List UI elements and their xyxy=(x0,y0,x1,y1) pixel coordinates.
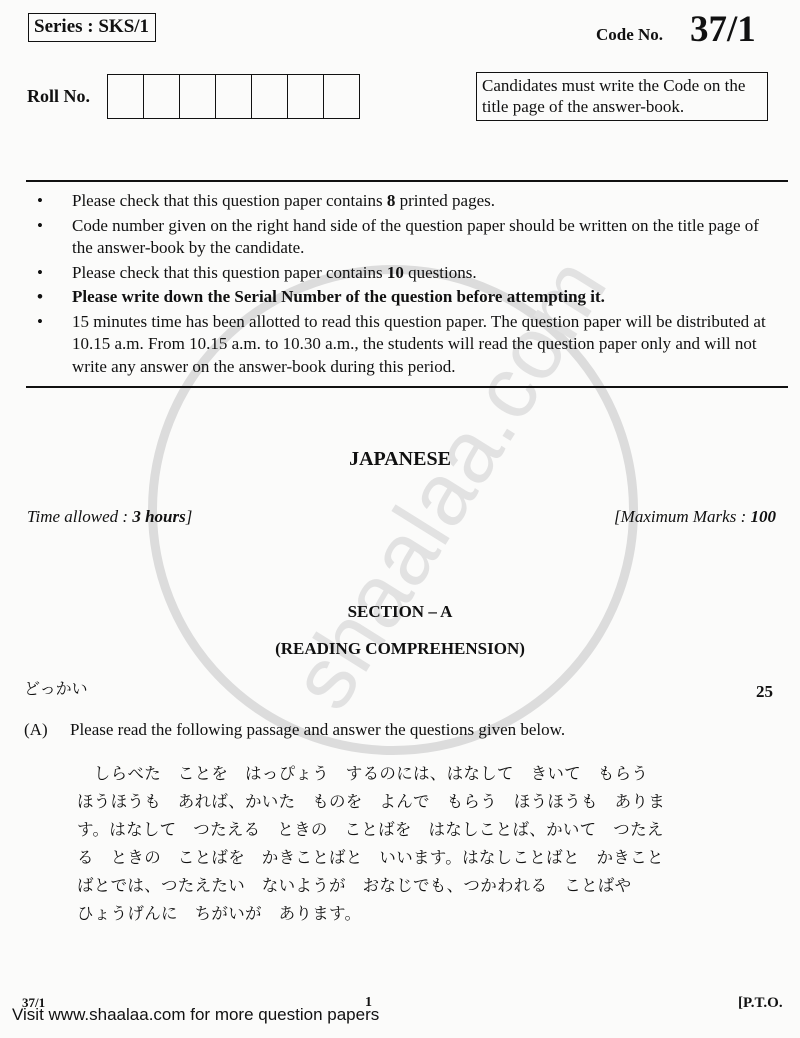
instructions-box: •Please check that this question paper c… xyxy=(26,180,788,388)
pto-label: [P.T.O. xyxy=(738,995,783,1012)
passage-line: ひょうげんに ちがいが あります。 xyxy=(77,900,757,928)
marks-value: 100 xyxy=(751,507,777,526)
passage-line: す。はなして つたえる ときの ことばを はなしことば、かいて つたえ xyxy=(77,816,757,844)
code-value: 37/1 xyxy=(690,8,756,51)
candidate-note: Candidates must write the Code on the ti… xyxy=(476,72,768,121)
bullet-icon: • xyxy=(37,262,43,285)
time-allowed: Time allowed : 3 hours] xyxy=(27,507,192,527)
roll-number-boxes[interactable] xyxy=(107,74,360,119)
question-text: Please read the following passage and an… xyxy=(70,720,565,740)
section-title: SECTION – A xyxy=(0,602,800,622)
passage-line: ばとでは、つたえたい ないようが おなじでも、つかわれる ことばや xyxy=(77,872,757,900)
code-label: Code No. xyxy=(596,25,663,45)
shaalaa-link[interactable]: Visit www.shaalaa.com for more question … xyxy=(12,1005,379,1025)
bullet-icon: • xyxy=(37,190,43,213)
bullet-icon: • xyxy=(37,215,43,238)
time-label: Time allowed : xyxy=(27,507,132,526)
instructions-list: •Please check that this question paper c… xyxy=(34,190,776,378)
instruction-item: •Code number given on the right hand sid… xyxy=(34,215,776,260)
question-label: (A) xyxy=(24,720,48,740)
section-jp-label: どっかい xyxy=(24,676,88,699)
marks-label: Maximum Marks : xyxy=(621,507,751,526)
passage-line: しらべた ことを はっぴょう するのには、はなして きいて もらう xyxy=(77,760,757,788)
series-label: Series : SKS/1 xyxy=(28,13,156,42)
roll-label: Roll No. xyxy=(27,86,90,107)
roll-number-box[interactable] xyxy=(144,75,180,118)
passage-line: ほうほうも あれば、かいた ものを よんで もらう ほうほうも ありま xyxy=(77,788,757,816)
roll-number-box[interactable] xyxy=(288,75,324,118)
time-value: 3 hours xyxy=(132,507,185,526)
time-suffix: ] xyxy=(186,507,193,526)
bullet-icon: • xyxy=(37,311,43,334)
instruction-item: •15 minutes time has been allotted to re… xyxy=(34,311,776,379)
maximum-marks: [Maximum Marks : 100 xyxy=(614,507,776,527)
bullet-icon: • xyxy=(37,286,43,309)
roll-number-box[interactable] xyxy=(252,75,288,118)
roll-number-box[interactable] xyxy=(324,75,360,118)
marks-prefix: [ xyxy=(614,507,621,526)
instruction-item: •Please check that this question paper c… xyxy=(34,190,776,213)
passage-line: る ときの ことばを かきことばと いいます。はなしことばと かきこと xyxy=(77,844,757,872)
instruction-item: •Please write down the Serial Number of … xyxy=(34,286,776,309)
roll-number-box[interactable] xyxy=(216,75,252,118)
section-marks: 25 xyxy=(756,682,773,702)
section-subtitle: (READING COMPREHENSION) xyxy=(0,639,800,659)
japanese-passage: しらべた ことを はっぴょう するのには、はなして きいて もらうほうほうも あ… xyxy=(77,760,757,928)
roll-number-box[interactable] xyxy=(108,75,144,118)
subject-title: JAPANESE xyxy=(0,448,800,471)
roll-number-box[interactable] xyxy=(180,75,216,118)
instruction-item: •Please check that this question paper c… xyxy=(34,262,776,285)
